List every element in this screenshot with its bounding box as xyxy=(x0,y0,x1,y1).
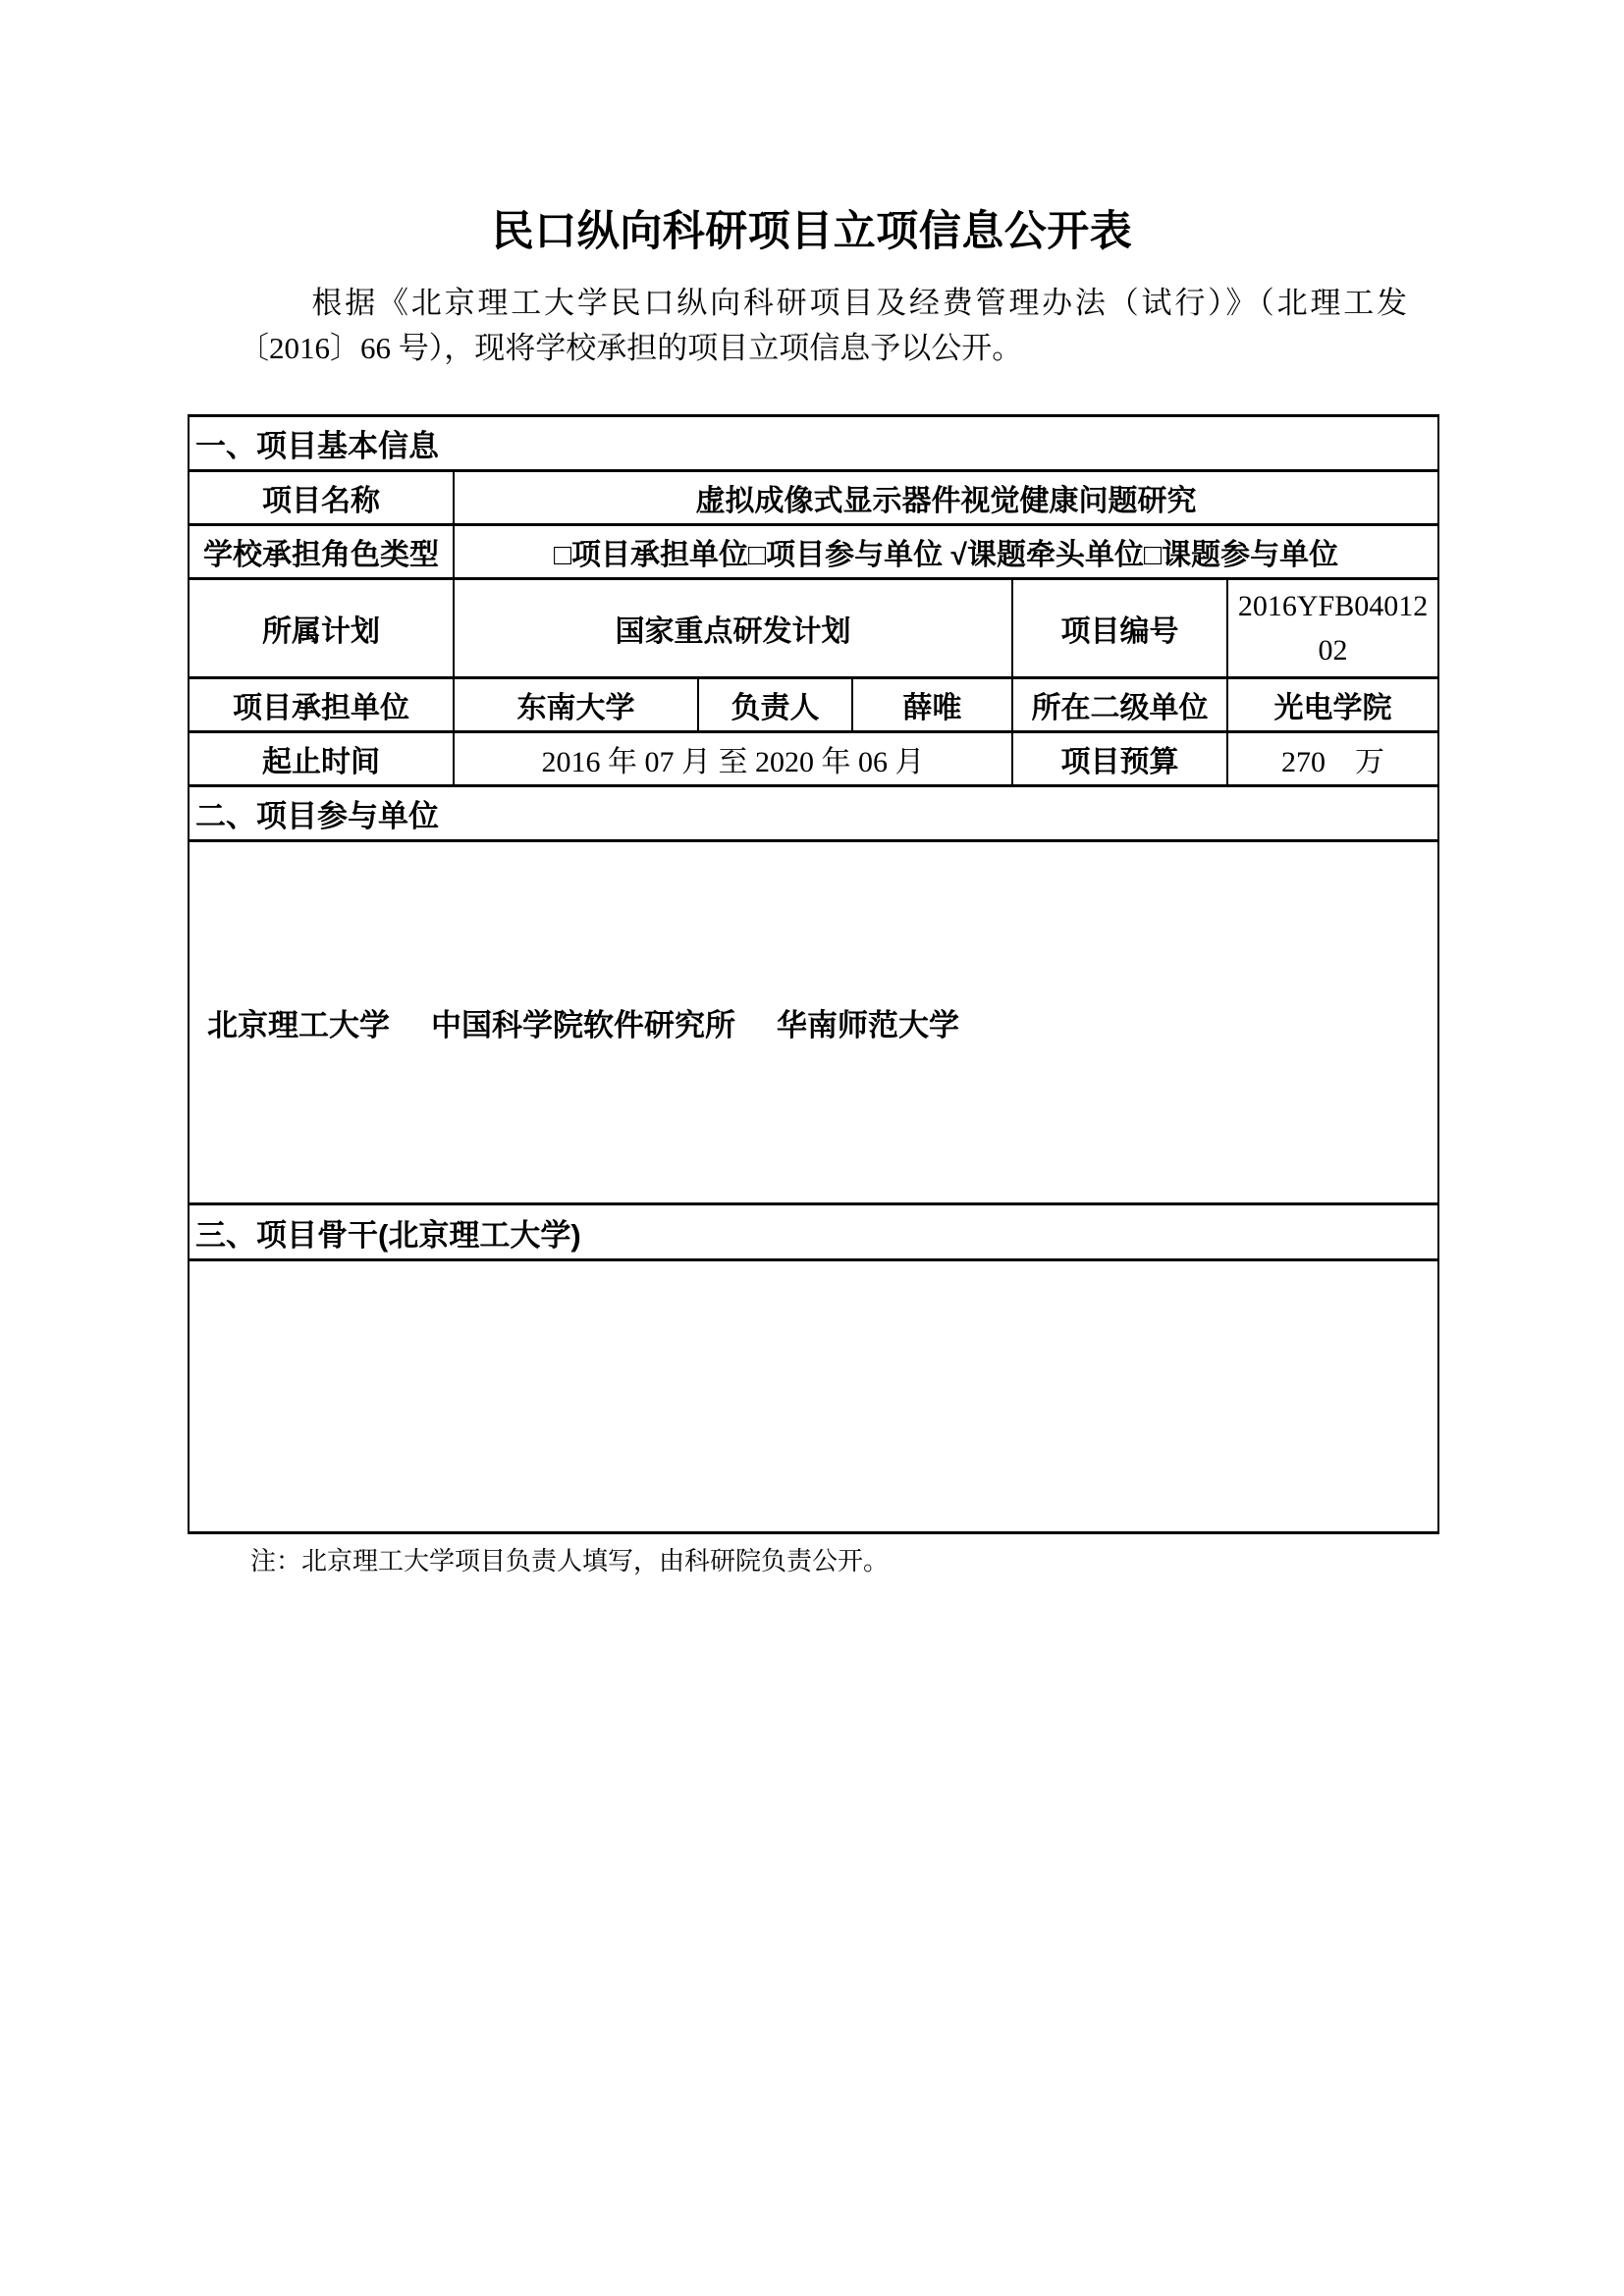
section2-header-row: 二、项目参与单位 xyxy=(189,786,1438,841)
undertaker-value: 东南大学 xyxy=(454,678,698,732)
backbone-cell xyxy=(189,1260,1438,1533)
project-name-value: 虚拟成像式显示器件视觉健康问题研究 xyxy=(454,471,1438,525)
project-info-table: 一、项目基本信息 项目名称 虚拟成像式显示器件视觉健康问题研究 学校承担角色类型… xyxy=(188,414,1439,1534)
participant-unit: 北京理工大学 xyxy=(207,1000,390,1044)
role-type-label: 学校承担角色类型 xyxy=(189,525,454,579)
duration-label: 起止时间 xyxy=(189,732,454,786)
page-title: 民口纵向科研项目立项信息公开表 xyxy=(0,198,1624,258)
participants-row: 北京理工大学 中国科学院软件研究所 华南师范大学 xyxy=(189,841,1438,1204)
section3-header: 三、项目骨干(北京理工大学) xyxy=(189,1204,1438,1260)
secondary-unit-label: 所在二级单位 xyxy=(1012,678,1227,732)
duration-row: 起止时间 2016 年 07 月 至 2020 年 06 月 项目预算 270 … xyxy=(189,732,1438,786)
undertaker-label: 项目承担单位 xyxy=(189,678,454,732)
backbone-row xyxy=(189,1260,1438,1533)
project-no-label: 项目编号 xyxy=(1012,579,1227,678)
leader-label: 负责人 xyxy=(698,678,852,732)
intro-paragraph: 根据《北京理工大学民口纵向科研项目及经费管理办法（试行）》（北理工发〔2016〕… xyxy=(239,281,1407,371)
plan-label: 所属计划 xyxy=(189,579,454,678)
project-no-value: 2016YFB04012 02 xyxy=(1227,579,1438,678)
undertaker-row: 项目承担单位 东南大学 负责人 薛唯 所在二级单位 光电学院 xyxy=(189,678,1438,732)
project-name-row: 项目名称 虚拟成像式显示器件视觉健康问题研究 xyxy=(189,471,1438,525)
project-no-line2: 02 xyxy=(1234,628,1432,672)
footer-note: 注：北京理工大学项目负责人填写，由科研院负责公开。 xyxy=(250,1541,889,1577)
project-name-label: 项目名称 xyxy=(189,471,454,525)
budget-label: 项目预算 xyxy=(1012,732,1227,786)
project-no-line1: 2016YFB04012 xyxy=(1234,584,1432,628)
section1-header-row: 一、项目基本信息 xyxy=(189,416,1438,471)
participant-unit: 华南师范大学 xyxy=(777,1000,959,1044)
section1-header: 一、项目基本信息 xyxy=(189,416,1438,471)
section2-header: 二、项目参与单位 xyxy=(189,786,1438,841)
plan-value: 国家重点研发计划 xyxy=(454,579,1012,678)
role-type-row: 学校承担角色类型 □项目承担单位□项目参与单位 √课题牵头单位□课题参与单位 xyxy=(189,525,1438,579)
role-type-checkboxes: □项目承担单位□项目参与单位 √课题牵头单位□课题参与单位 xyxy=(454,525,1438,579)
plan-row: 所属计划 国家重点研发计划 项目编号 2016YFB04012 02 xyxy=(189,579,1438,678)
participants-list: 北京理工大学 中国科学院软件研究所 华南师范大学 xyxy=(195,1000,1432,1044)
duration-value: 2016 年 07 月 至 2020 年 06 月 xyxy=(454,732,1012,786)
secondary-unit-value: 光电学院 xyxy=(1227,678,1438,732)
budget-value: 270 万 xyxy=(1227,732,1438,786)
section3-header-row: 三、项目骨干(北京理工大学) xyxy=(189,1204,1438,1260)
leader-value: 薛唯 xyxy=(852,678,1012,732)
document-page: 民口纵向科研项目立项信息公开表 根据《北京理工大学民口纵向科研项目及经费管理办法… xyxy=(0,0,1624,2296)
participants-cell: 北京理工大学 中国科学院软件研究所 华南师范大学 xyxy=(189,841,1438,1204)
participant-unit: 中国科学院软件研究所 xyxy=(431,1000,735,1044)
